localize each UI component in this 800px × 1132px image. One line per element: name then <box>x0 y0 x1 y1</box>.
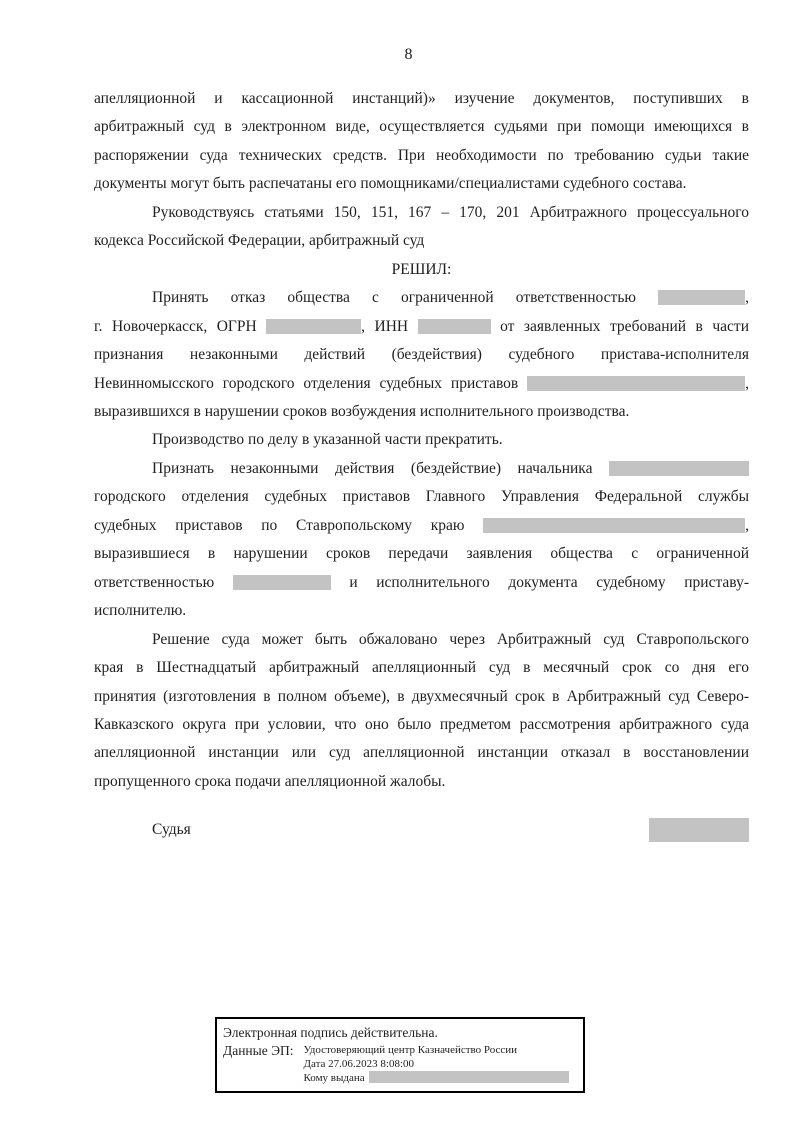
signature-data-row: Данные ЭП: Удостоверяющий центр Казначей… <box>223 1043 575 1085</box>
redaction-block <box>418 319 491 334</box>
document-body: апелляционной и кассационной инстанций)»… <box>94 85 749 1093</box>
redaction-block <box>658 290 745 305</box>
document-line: Принять отказ общества с ограниченной от… <box>94 284 749 312</box>
signature-valid-text: Электронная подпись действительна. <box>223 1024 575 1041</box>
certificate-authority: Удостоверяющий центр Казначейство России <box>304 1043 569 1057</box>
redaction-block <box>266 319 361 334</box>
document-line: арбитражный суд в электронном виде, осущ… <box>94 113 749 141</box>
issued-to-redaction <box>369 1071 569 1083</box>
document-line: кодекса Российской Федерации, арбитражны… <box>94 227 749 255</box>
document-line: городского отделения судебных приставов … <box>94 483 749 511</box>
document-line: г. Новочеркасск, ОГРН , ИНН от заявленны… <box>94 313 749 341</box>
document-line: Кавказского округа при условии, что оно … <box>94 711 749 739</box>
document-line: апелляционной инстанции или суд апелляци… <box>94 739 749 767</box>
document-line: Признать незаконными действия (бездейств… <box>94 455 749 483</box>
document-line: пропущенного срока подачи апелляционной … <box>94 768 749 796</box>
document-line: апелляционной и кассационной инстанций)»… <box>94 85 749 113</box>
page-number: 8 <box>94 0 723 64</box>
document-line: выразившиеся в нарушении сроков передачи… <box>94 540 749 568</box>
issued-to-label: Кому выдана <box>304 1072 365 1084</box>
document-line: судебных приставов по Ставропольскому кр… <box>94 512 749 540</box>
judge-label: Судья <box>152 821 191 839</box>
signature-data-label: Данные ЭП: <box>223 1043 294 1085</box>
document-line: ответственностью и исполнительного докум… <box>94 569 749 597</box>
document-line: Невинномысского городского отделения суд… <box>94 370 749 398</box>
signature-date: Дата 27.06.2023 8:08:00 <box>304 1057 569 1071</box>
document-page: 8 апелляционной и кассационной инстанций… <box>0 0 800 1132</box>
document-line: Производство по делу в указанной части п… <box>94 426 749 454</box>
document-line: выразившихся в нарушении сроков возбужде… <box>94 398 749 426</box>
electronic-signature-stamp: Электронная подпись действительна. Данны… <box>215 1017 585 1093</box>
signature-details: Удостоверяющий центр Казначейство России… <box>304 1043 569 1085</box>
document-lines: апелляционной и кассационной инстанций)»… <box>94 85 749 796</box>
document-line: РЕШИЛ: <box>94 256 749 284</box>
redaction-block <box>483 518 745 533</box>
document-line: исполнителю. <box>94 597 749 625</box>
document-line: Руководствуясь статьями 150, 151, 167 – … <box>94 199 749 227</box>
issued-to-line: Кому выдана <box>304 1071 569 1085</box>
document-line: документы могут быть распечатаны его пом… <box>94 170 749 198</box>
document-line: принятия (изготовления в полном объеме),… <box>94 683 749 711</box>
judge-name-redaction <box>649 818 749 842</box>
document-line: края в Шестнадцатый арбитражный апелляци… <box>94 654 749 682</box>
document-line: распоряжении суда технических средств. П… <box>94 142 749 170</box>
document-line: Решение суда может быть обжаловано через… <box>94 626 749 654</box>
judge-signature-row: Судья <box>94 818 749 842</box>
redaction-block <box>233 575 331 590</box>
redaction-block <box>609 461 749 476</box>
redaction-block <box>527 376 745 391</box>
document-line: признания незаконными действий (бездейст… <box>94 341 749 369</box>
